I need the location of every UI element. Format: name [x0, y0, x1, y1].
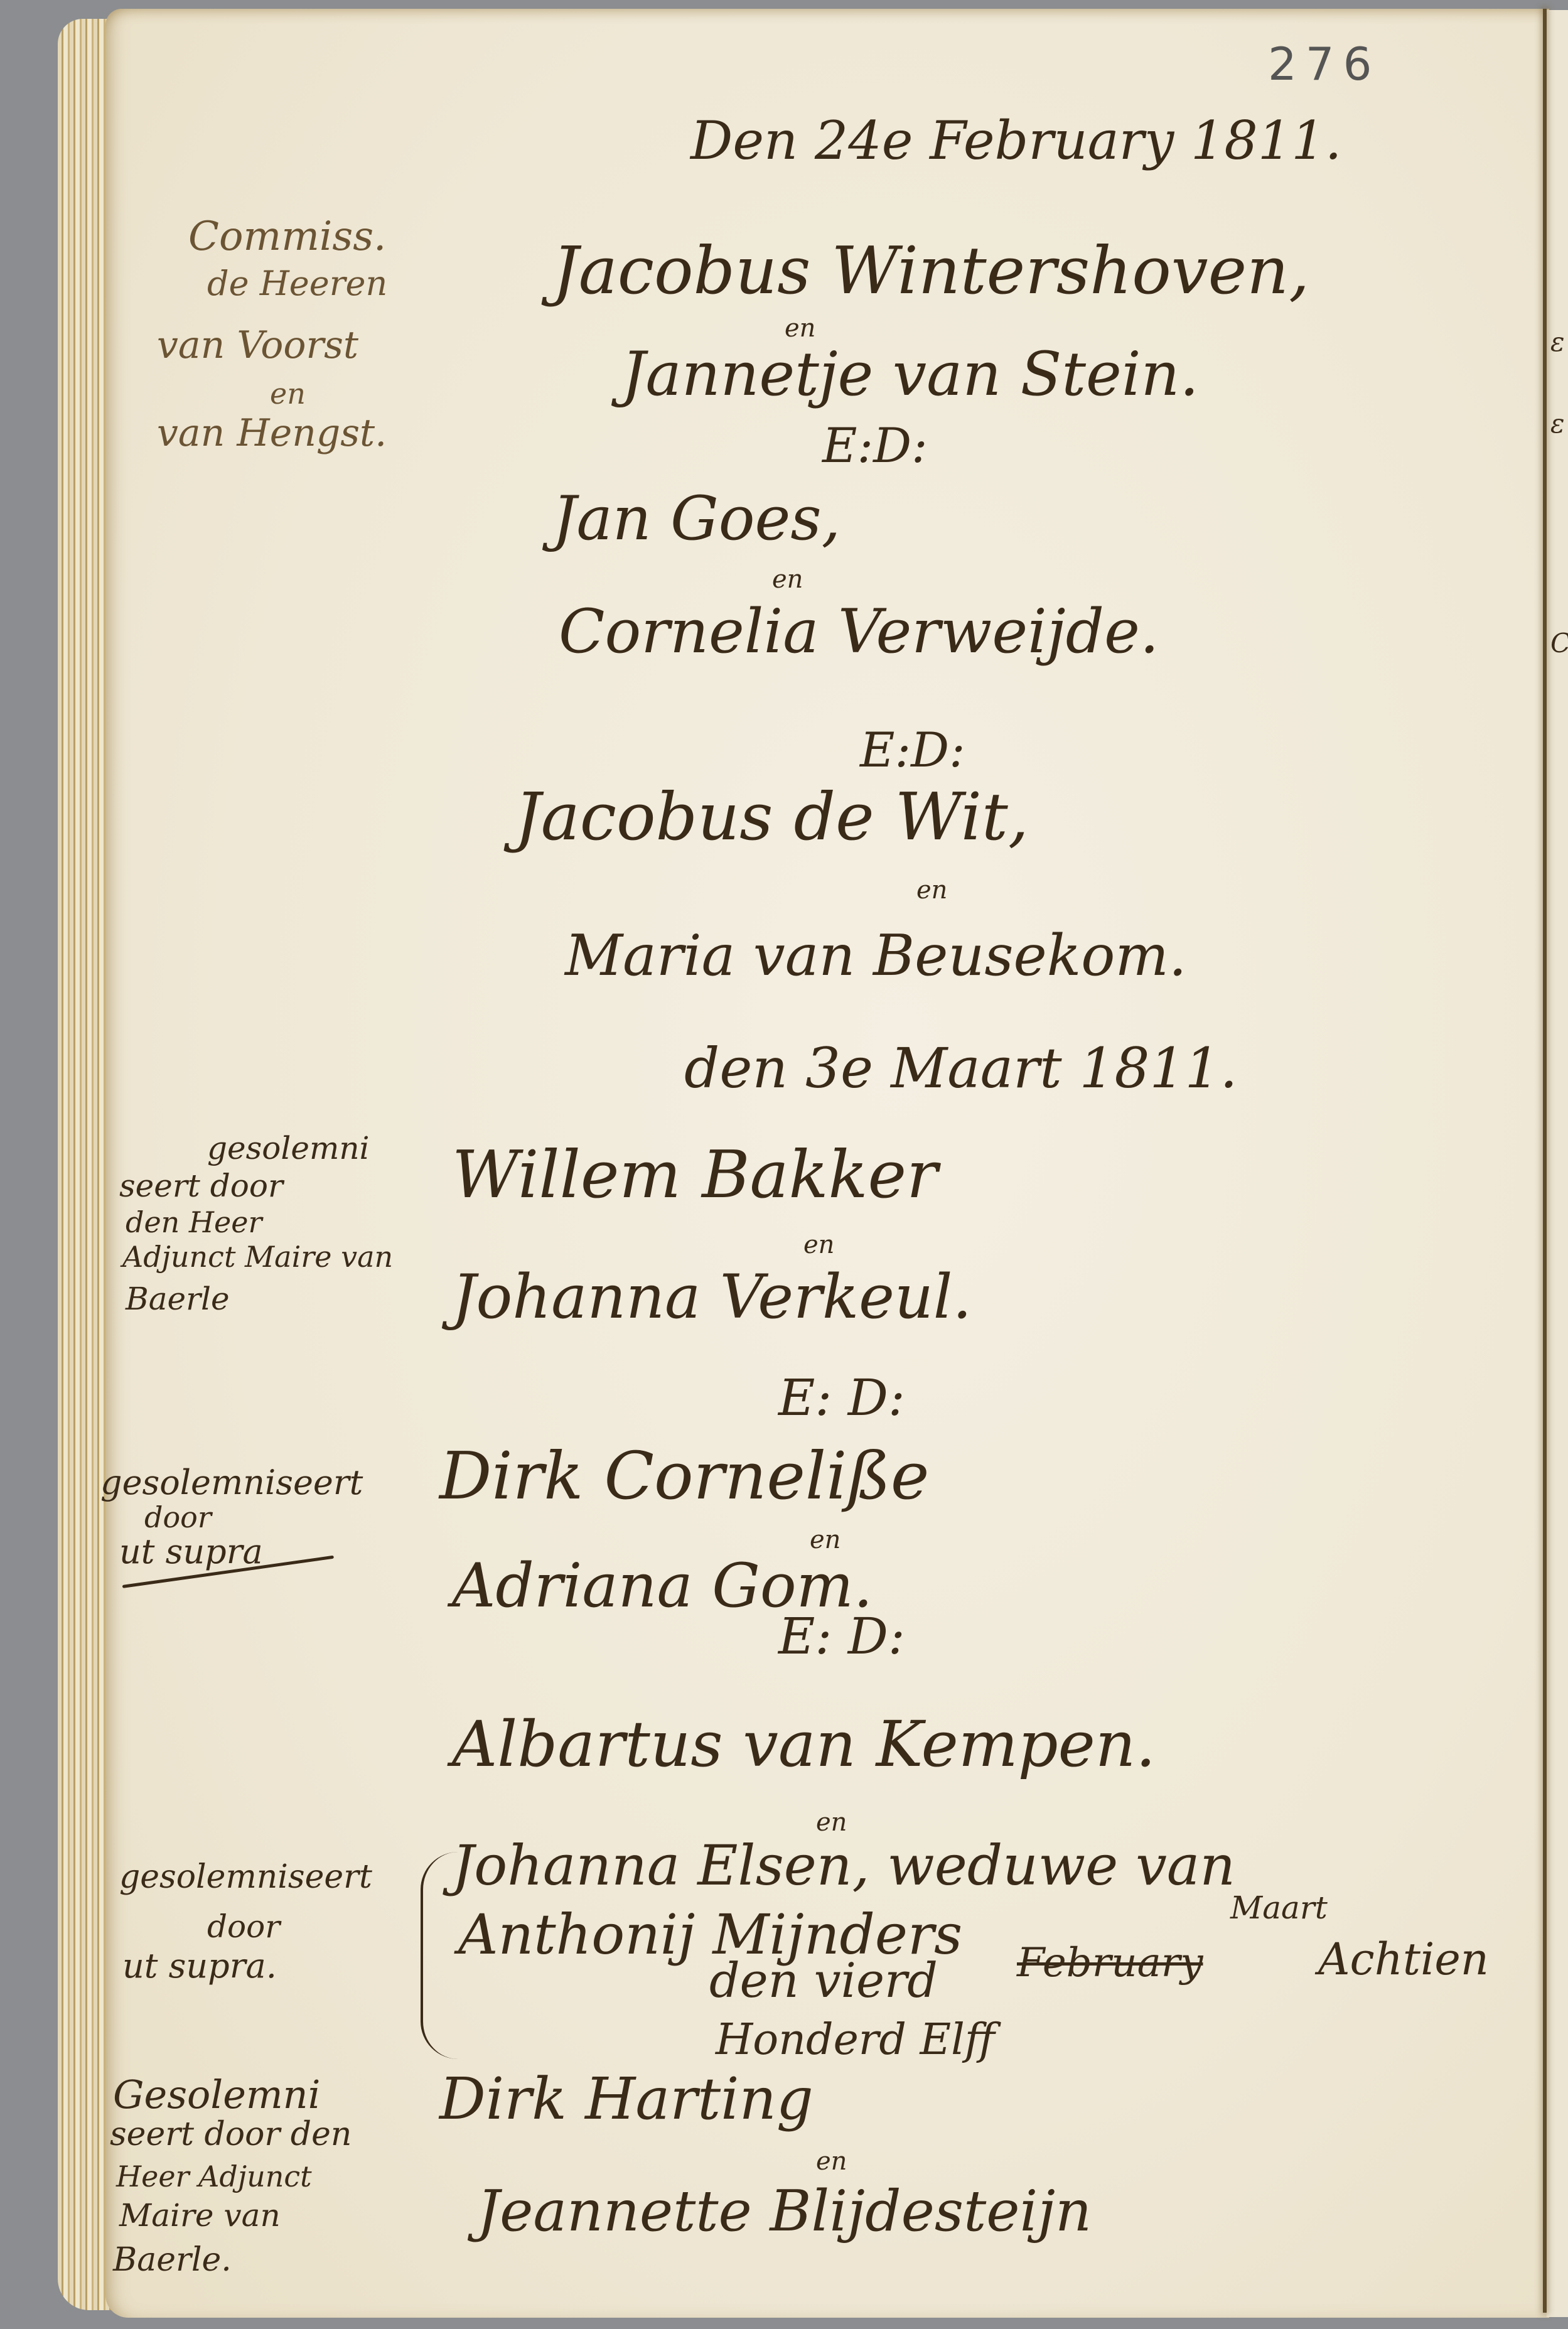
section-date: Den 24e February 1811.: [690, 110, 1341, 171]
margin-note-line: van Voorst: [157, 323, 358, 367]
bride-name: Cornelia Verweijde.: [559, 596, 1159, 667]
margin-note-line: Gesolemni: [113, 2072, 320, 2117]
margin-note-line: gesolemniseert: [100, 1463, 363, 1502]
margin-note-line: Baerle: [126, 1281, 230, 1317]
conjunction: en: [772, 565, 803, 594]
bride-name: Johanna Verkeul.: [452, 1262, 972, 1332]
margin-note-line: Maire van: [119, 2197, 281, 2234]
entry-separator: E:D:: [860, 722, 965, 778]
page-number: 276: [1268, 38, 1380, 90]
section-date-prefix: den vierd: [709, 1952, 938, 2008]
margin-note-line: Commiss.: [188, 213, 386, 260]
groom-name: Jacobus Wintershoven,: [552, 232, 1309, 309]
margin-note-line: door: [144, 1500, 212, 1534]
date-correction: Maart: [1230, 1890, 1328, 1926]
margin-note-line: seert door den: [110, 2116, 352, 2153]
date-struck-month: February: [1017, 1940, 1203, 1986]
bride-name: Jannetje van Stein.: [621, 339, 1199, 409]
groom-name: Dirk Corneliße: [439, 1438, 929, 1514]
margin-note-line: gesolemniseert: [119, 1858, 372, 1896]
margin-note-line: van Hengst.: [157, 411, 387, 455]
conjunction: en: [803, 1230, 834, 1259]
margin-note-line: den Heer: [126, 1205, 262, 1239]
margin-note-line: de Heeren: [207, 264, 387, 303]
margin-note-line: ut supra.: [122, 1946, 277, 1986]
facing-page-fragment: ɛ: [1550, 408, 1565, 439]
groom-name: Jacobus de Wit,: [515, 778, 1029, 855]
margin-note-line: Baerle.: [113, 2241, 232, 2279]
binding-crease: [1543, 9, 1547, 2313]
margin-note-line: Heer Adjunct: [116, 2160, 312, 2193]
groom-name: Dirk Harting: [439, 2065, 814, 2133]
facing-page-fragment: C: [1550, 628, 1568, 659]
section-date: den 3e Maart 1811.: [684, 1036, 1237, 1100]
margin-note-line: en: [270, 377, 306, 411]
conjunction: en: [916, 876, 947, 905]
groom-name: Albartus van Kempen.: [452, 1708, 1156, 1781]
groom-name: Jan Goes,: [552, 483, 840, 554]
conjunction: en: [816, 2147, 847, 2176]
entry-separator: E: D:: [778, 1607, 905, 1665]
margin-note-line: ut supra: [119, 1532, 263, 1571]
groom-name: Willem Bakker: [452, 1136, 938, 1213]
margin-note-line: seert door: [119, 1168, 283, 1204]
margin-note-line: door: [207, 1908, 280, 1945]
section-date-line2: Honderd Elff: [716, 2015, 995, 2065]
bride-name: Johanna Elsen, weduwe van: [452, 1833, 1235, 1898]
margin-note-line: gesolemni: [207, 1130, 370, 1166]
entry-separator: E:D:: [822, 417, 928, 473]
bride-name: Maria van Beusekom.: [565, 923, 1186, 989]
facing-page-fragment: ɛ: [1550, 326, 1565, 357]
bride-name: Jeannette Blijdesteijn: [477, 2178, 1092, 2244]
margin-note-line: Adjunct Maire van: [122, 1240, 393, 1274]
entry-separator: E: D:: [778, 1369, 905, 1427]
section-date-suffix: Achtien: [1318, 1934, 1489, 1985]
